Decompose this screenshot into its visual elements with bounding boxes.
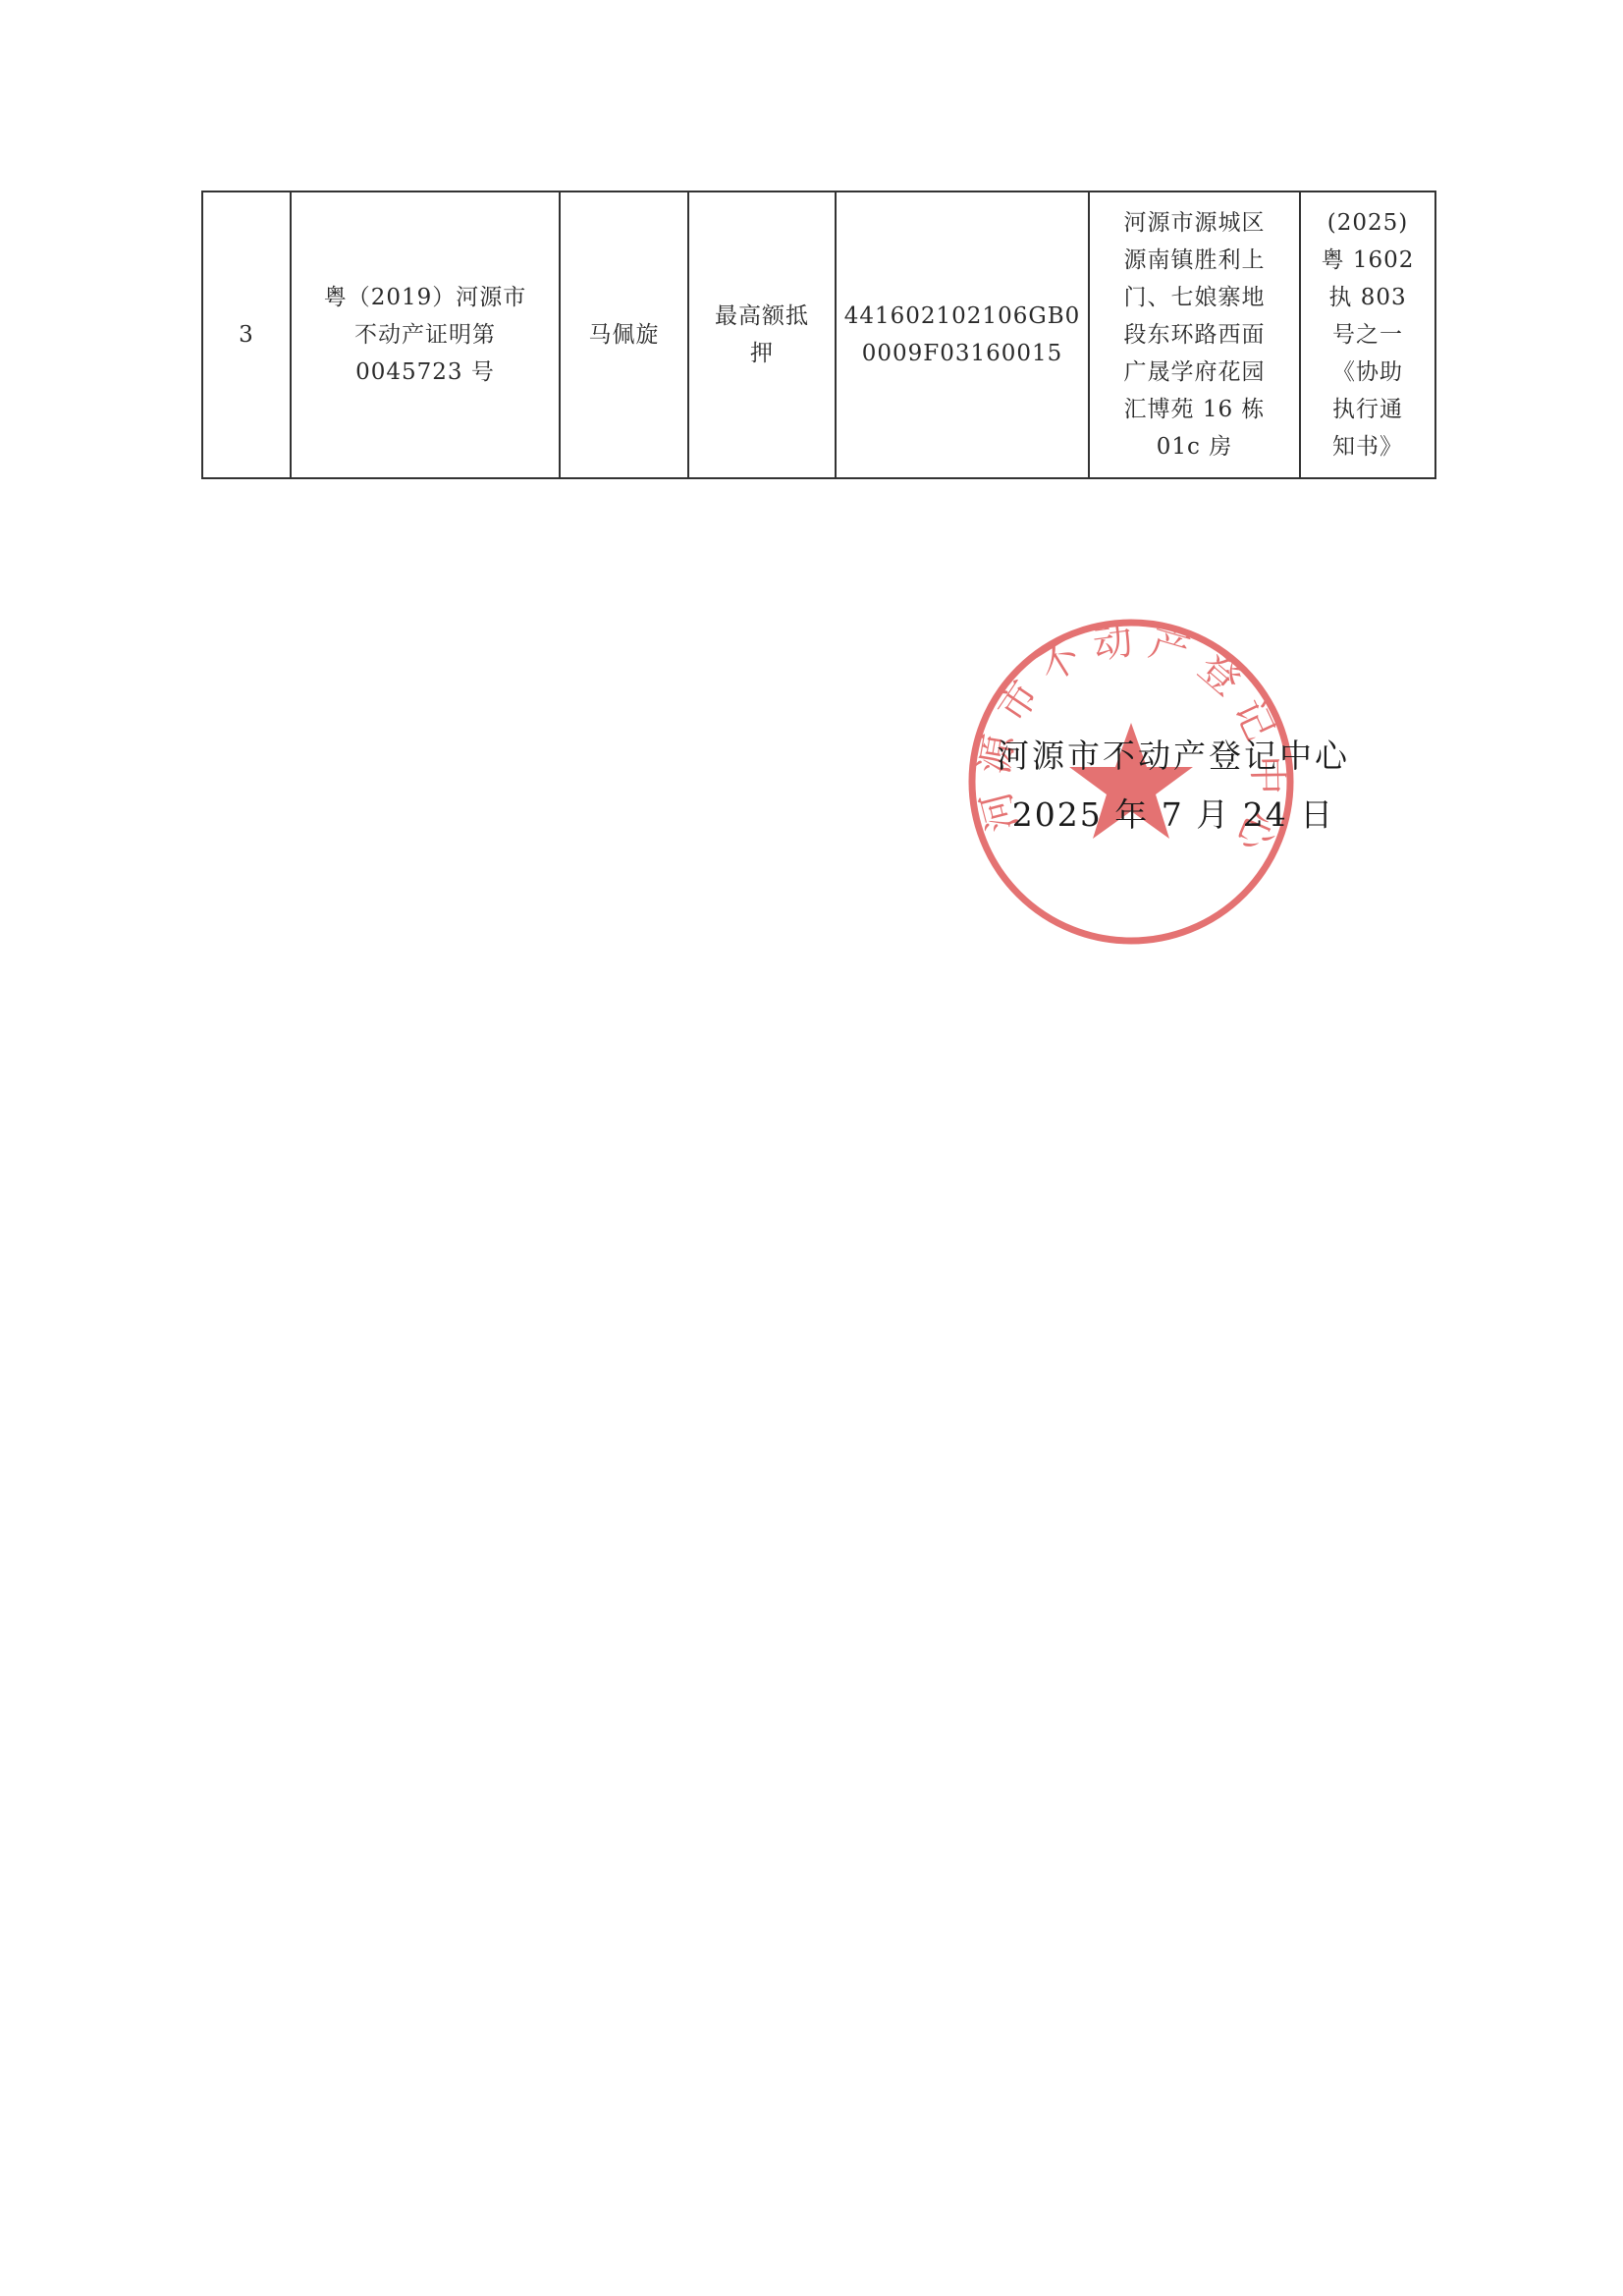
property-location: 河源市源城区 源南镇胜利上 门、七娘寨地 段东环路西面 广晟学府花园 汇博苑 1… <box>1089 191 1300 478</box>
unit-number: 441602102106GB0 0009F03160015 <box>836 191 1089 478</box>
person-name: 马佩旋 <box>560 191 688 478</box>
registration-table: 3 粤（2019）河源市 不动产证明第 0045723 号 马佩旋 最高额抵 押… <box>201 191 1436 479</box>
certificate-number: 粤（2019）河源市 不动产证明第 0045723 号 <box>291 191 560 478</box>
signature-block: 河源市不动产登记中心 2025 年 7 月 24 日 <box>947 727 1399 845</box>
table-row: 3 粤（2019）河源市 不动产证明第 0045723 号 马佩旋 最高额抵 押… <box>202 191 1435 478</box>
document-basis: (2025) 粤 1602 执 803 号之一 《协助 执行通 知书》 <box>1300 191 1435 478</box>
row-index: 3 <box>202 191 291 478</box>
issue-date: 2025 年 7 月 24 日 <box>947 786 1399 845</box>
right-type: 最高额抵 押 <box>688 191 836 478</box>
issuing-organization: 河源市不动产登记中心 <box>947 727 1399 786</box>
